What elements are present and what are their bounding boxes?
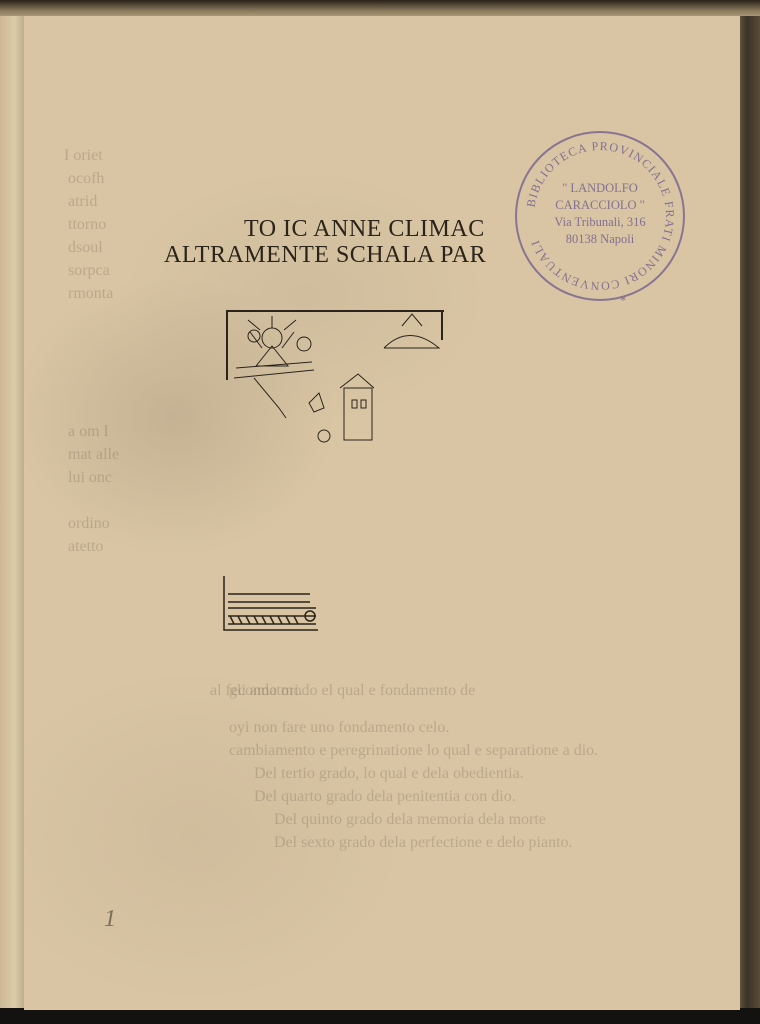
bleed-through-left: I oriet ocofh atrid ttorno dsoul sorpca … — [64, 144, 119, 558]
book-page: I oriet ocofh atrid ttorno dsoul sorpca … — [24, 16, 740, 1010]
stamp-text: " LANDOLFO CARACCIOLO " Via Tribunali, 3… — [512, 128, 688, 304]
bleed-line: Del tertio grado, lo qual e dela obedien… — [254, 762, 524, 785]
stamp-line: CARACCIOLO " — [512, 197, 688, 214]
bleed-line: Del quinto grado dela memoria dela morte — [274, 808, 546, 831]
bleed-line: gli amatori. — [229, 679, 303, 702]
book-fore-edge — [738, 16, 760, 1012]
stamp-line: Via Tribunali, 316 — [512, 214, 688, 231]
stamp-line: 80138 Napoli — [512, 231, 688, 248]
stamp-line: " LANDOLFO — [512, 180, 688, 197]
woodcut-illustration — [224, 308, 446, 443]
woodcut-fragment — [220, 576, 320, 632]
left-page-edge — [0, 16, 25, 1012]
library-stamp: BIBLIOTECA PROVINCIALE FRATI MINORI CONV… — [512, 128, 688, 304]
bleed-line: Del sexto grado dela perfectione e delo … — [274, 831, 573, 854]
title-line-2: ALTRAMENTE SCHALA PAR — [164, 242, 486, 269]
folio-number: 1 — [104, 906, 116, 933]
bleed-line: oyi non fare uno fondamento celo. — [229, 716, 449, 739]
title-line-1: TO IC ANNE CLIMAC — [244, 216, 485, 243]
book-bottom-edge — [0, 1008, 760, 1024]
bleed-line: Del quarto grado dela penitentia con dio… — [254, 785, 516, 808]
bleed-line: cambiamento e peregrinatione lo qual e s… — [229, 739, 598, 762]
